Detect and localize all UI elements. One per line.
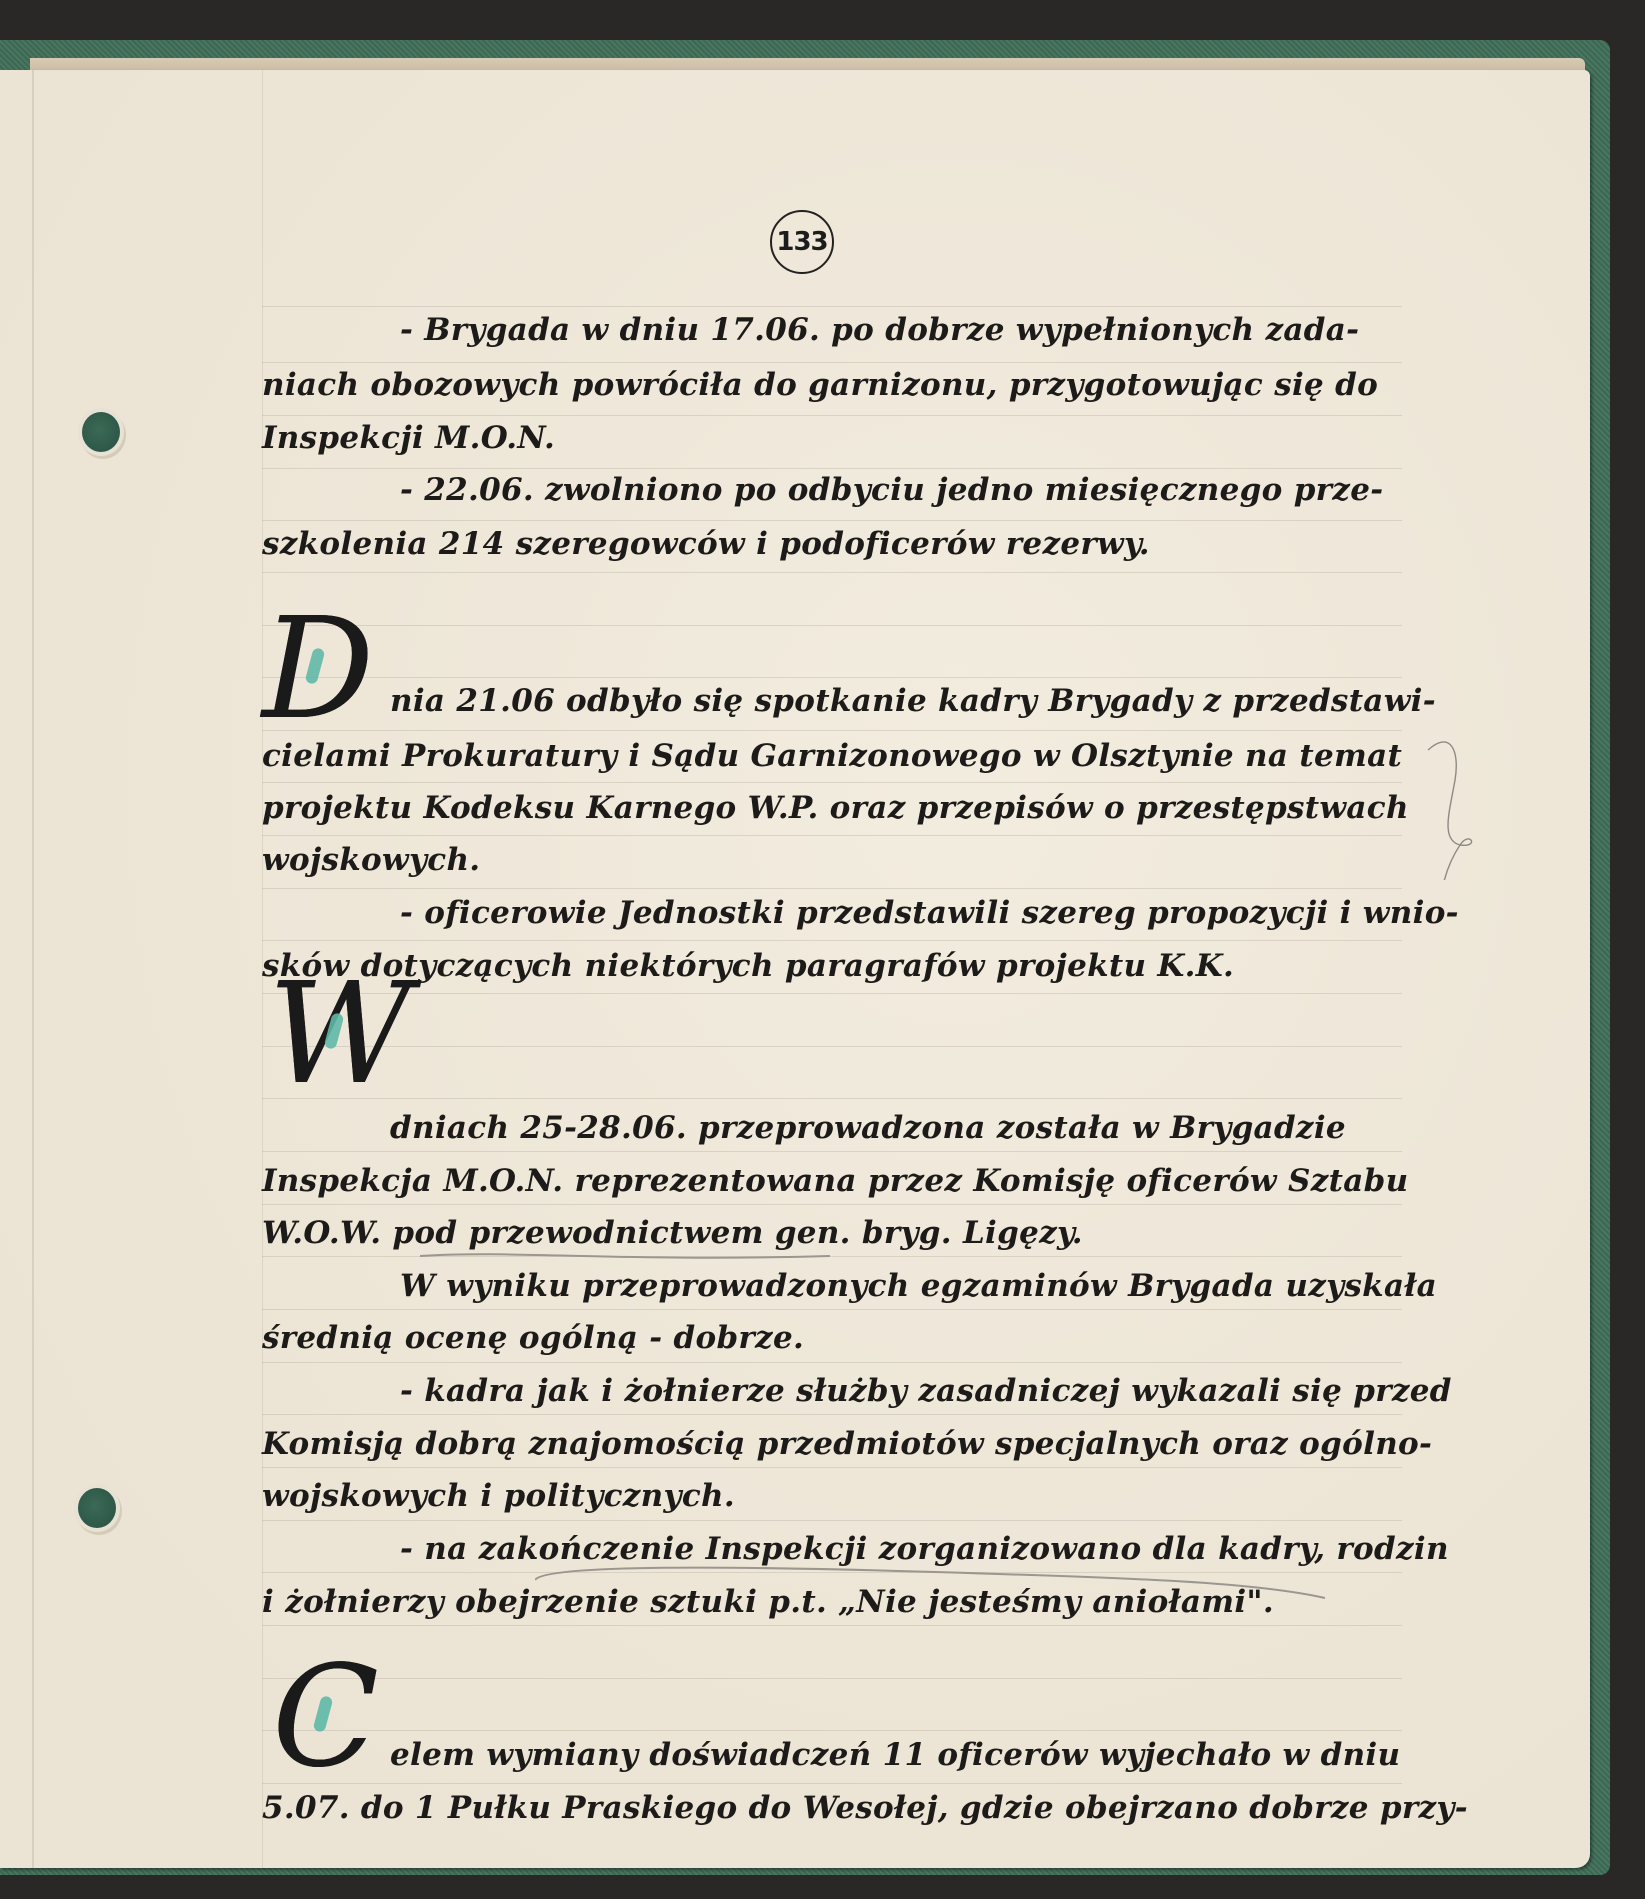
text-line: - kadra jak i żołnierze służby zasadnicz… [400,1373,1452,1409]
initial-letter: W [268,953,412,1116]
ruled-line [262,888,1402,889]
text-line: szkolenia 214 szeregowców i podoficerów … [262,526,1150,562]
punch-hole-bottom [78,1488,116,1528]
ruled-line [262,1098,1402,1099]
punch-hole-top [82,412,120,452]
ruled-line [262,1678,1402,1679]
text-line: - 22.06. zwolniono po odbyciu jedno mies… [400,472,1383,508]
text-line: Komisją dobrą znajomością przedmiotów sp… [262,1426,1432,1462]
decorative-initial-w: W [268,965,412,1105]
text-line: Inspekcji M.O.N. [262,420,555,456]
decorative-initial-d: D [262,600,374,740]
text-line: 5.07. do 1 Pułku Praskiego do Wesołej, g… [262,1790,1468,1826]
ruled-line [262,572,1402,573]
text-line: elem wymiany doświadczeń 11 oficerów wyj… [390,1737,1400,1773]
text-line: średnią ocenę ogólną - dobrze. [262,1320,804,1356]
ruled-line [262,1783,1402,1784]
ruled-line [262,415,1402,416]
text-line: projektu Kodeksu Karnego W.P. oraz przep… [262,790,1409,826]
text-line: W wyniku przeprowadzonych egzaminów Bryg… [400,1268,1437,1304]
text-line: Inspekcja M.O.N. reprezentowana przez Ko… [262,1163,1408,1199]
ruled-line [262,625,1402,626]
ruled-line [262,1362,1402,1363]
text-line: i żołnierzy obejrzenie sztuki p.t. „Nie … [262,1584,1274,1620]
ruled-line [262,1730,1402,1731]
ruled-line [262,1046,1402,1047]
pencil-brace-mark [1420,730,1490,880]
ruled-line [262,1625,1402,1626]
text-line: wojskowych. [262,842,480,878]
ruled-line [262,1204,1402,1205]
ruled-line [262,362,1402,363]
text-line: W.O.W. pod przewodnictwem gen. bryg. Lig… [262,1215,1083,1251]
notebook-page: 133 - Brygada w dniu 17.06. po dobrze wy… [0,70,1590,1868]
ruled-line [262,1520,1402,1521]
ruled-line [262,782,1402,783]
ruled-line [262,730,1402,731]
gutter-fold [32,70,34,1868]
ruled-line [262,1414,1402,1415]
text-line: - Brygada w dniu 17.06. po dobrze wypełn… [400,312,1359,348]
text-line: - oficerowie Jednostki przedstawili szer… [400,895,1459,931]
ruled-line [262,677,1402,678]
ruled-line [262,940,1402,941]
ruled-line [262,520,1402,521]
ruled-line [262,306,1402,307]
page-number-circled: 133 [770,210,834,274]
ruled-line [262,468,1402,469]
text-line: dniach 25-28.06. przeprowadzona została … [390,1110,1346,1146]
page-number-text: 133 [776,227,827,257]
pencil-underline-mark [420,1248,840,1268]
text-line: wojskowych i politycznych. [262,1478,735,1514]
decorative-initial-c: C [272,1648,379,1788]
text-line: nia 21.06 odbyło się spotkanie kadry Bry… [390,683,1436,719]
ruled-line [262,1309,1402,1310]
ruled-line [262,1467,1402,1468]
ruled-line [262,993,1402,994]
ruled-line [262,1151,1402,1152]
text-line: niach obozowych powróciła do garnizonu, … [262,367,1378,403]
text-line: cielami Prokuratury i Sądu Garnizonowego… [262,738,1402,774]
ruled-line [262,835,1402,836]
